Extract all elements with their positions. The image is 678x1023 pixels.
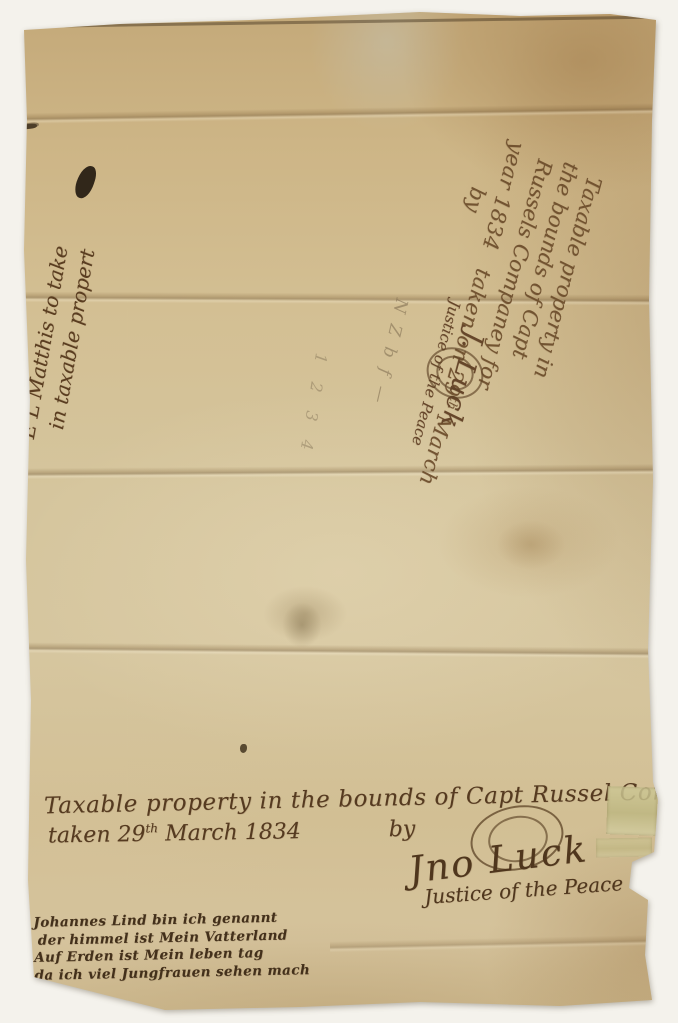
repair-tape: [596, 838, 652, 858]
paper-sheet: Taxable property in the bounds of Capt R…: [0, 0, 678, 1023]
pencil-numbers: 1 2 3 4: [295, 352, 331, 464]
fold-crease: [18, 103, 662, 124]
fold-crease: [18, 642, 662, 659]
repair-tape: [606, 786, 658, 836]
main-caption-line1: Taxable property in the bounds of Capt R…: [44, 779, 678, 820]
caption-by: by: [389, 817, 416, 842]
ordinal-suffix: th: [145, 821, 158, 835]
caption-date: March 1834: [158, 819, 301, 846]
fold-crease: [330, 935, 660, 953]
paper-top-fold-edge: [24, 16, 652, 28]
caption-taken: taken 29: [48, 822, 146, 849]
scanned-document-stage: Taxable property in the bounds of Capt R…: [0, 0, 678, 1023]
pencil-note: N Z b f —: [363, 296, 412, 427]
word-gap: [477, 248, 482, 267]
stain: [496, 520, 566, 570]
side-note-rotated: E L Matthis to take in taxable propert: [14, 149, 118, 446]
main-caption-line2: taken 29th March 1834by: [48, 817, 416, 849]
ink-smudge: [282, 602, 322, 648]
fold-crease: [18, 464, 662, 479]
paper-shadow-wrap: Taxable property in the bounds of Capt R…: [0, 0, 678, 1023]
german-verse: Johannes Lind bin ich genannt der himmel…: [33, 909, 310, 985]
ink-mark: [20, 123, 37, 130]
ink-speck: [240, 744, 247, 753]
